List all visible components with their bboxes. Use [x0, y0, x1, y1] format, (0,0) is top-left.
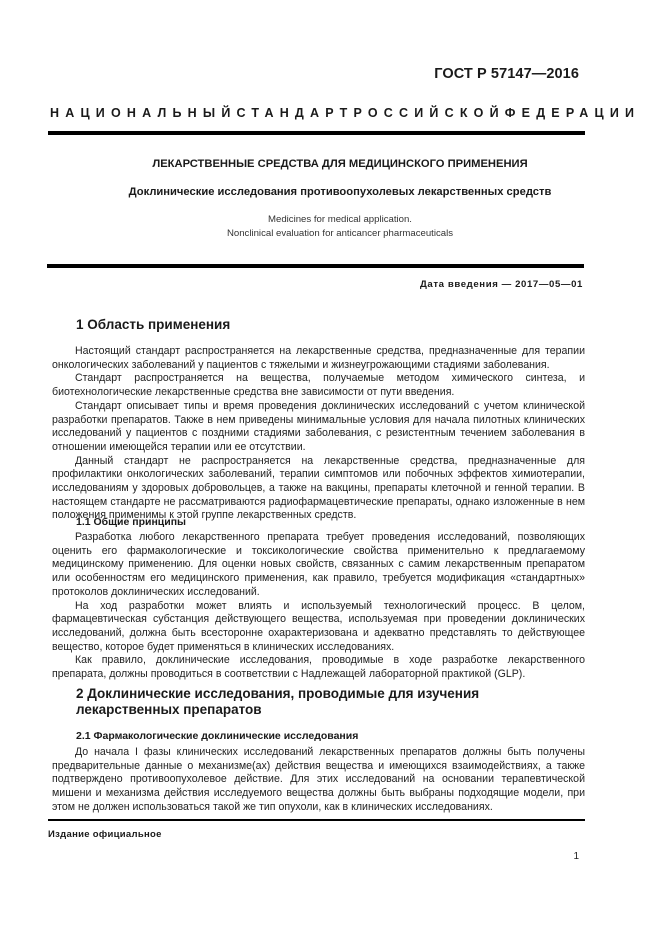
- subsection-2-1-heading: 2.1 Фармакологические доклинические иссл…: [76, 730, 358, 742]
- title-divider: [47, 264, 584, 268]
- header-divider: [48, 131, 585, 135]
- section-2-heading-line: 2 Доклинические исследования, проводимые…: [76, 686, 479, 702]
- page-number: 1: [573, 851, 579, 862]
- paragraph: Стандарт распространяется на вещества, п…: [52, 372, 585, 399]
- standard-designation: ГОСТ Р 57147—2016: [434, 66, 579, 82]
- document-subtitle: Доклинические исследования противоопухол…: [60, 186, 620, 198]
- document-title: ЛЕКАРСТВЕННЫЕ СРЕДСТВА ДЛЯ МЕДИЦИНСКОГО …: [60, 158, 620, 170]
- footer-divider: [48, 819, 585, 821]
- paragraph: Стандарт описывает типы и время проведен…: [52, 400, 585, 455]
- paragraph: Как правило, доклинические исследования,…: [52, 654, 585, 681]
- paragraph: Разработка любого лекарственного препара…: [52, 531, 585, 600]
- paragraph: Настоящий стандарт распространяется на л…: [52, 345, 585, 372]
- english-title-line: Nonclinical evaluation for anticancer ph…: [60, 227, 620, 241]
- edition-note: Издание официальное: [48, 829, 162, 840]
- banner-word: СТАНДАРТ: [237, 106, 354, 120]
- subsection-1-1-heading: 1.1 Общие принципы: [76, 516, 186, 528]
- banner-word: РОССИЙСКОЙ: [353, 106, 504, 120]
- english-title-line: Medicines for medical application.: [60, 213, 620, 227]
- section-2-heading: 2 Доклинические исследования, проводимые…: [76, 686, 479, 718]
- paragraph: Данный стандарт не распространяется на л…: [52, 455, 585, 524]
- introduction-date: Дата введения — 2017—05—01: [420, 279, 583, 290]
- national-standard-banner: НАЦИОНАЛЬНЫЙ СТАНДАРТ РОССИЙСКОЙ ФЕДЕРАЦ…: [50, 106, 587, 120]
- banner-word: НАЦИОНАЛЬНЫЙ: [50, 106, 237, 120]
- paragraph: На ход разработки может влиять и использ…: [52, 600, 585, 655]
- section-1-body: Настоящий стандарт распространяется на л…: [52, 345, 585, 523]
- subsection-1-1-body: Разработка любого лекарственного препара…: [52, 531, 585, 682]
- english-title: Medicines for medical application. Noncl…: [60, 213, 620, 240]
- section-1-heading: 1 Область применения: [76, 317, 230, 333]
- banner-word: ФЕДЕРАЦИИ: [505, 106, 640, 120]
- paragraph: До начала I фазы клинических исследовани…: [52, 746, 585, 815]
- section-2-heading-line: лекарственных препаратов: [76, 702, 479, 718]
- subsection-2-1-body: До начала I фазы клинических исследовани…: [52, 746, 585, 815]
